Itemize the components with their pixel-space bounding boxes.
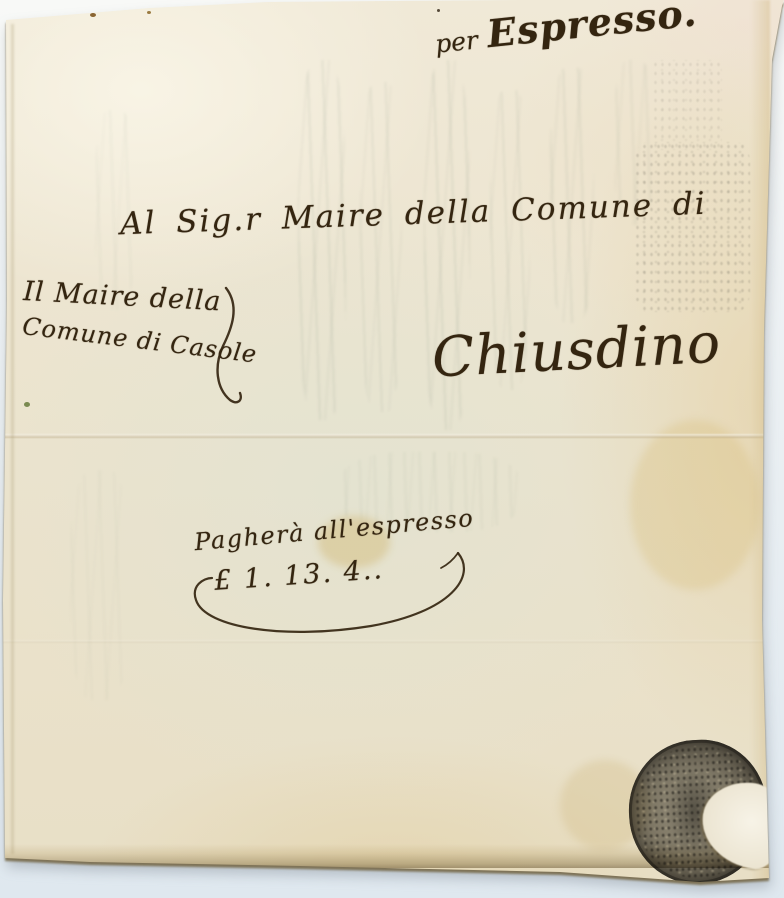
paper-stain — [630, 420, 760, 590]
ink-bleed-through — [298, 60, 346, 420]
letter-paper: perEspresso. Al Sig.r Maire della Comune… — [0, 0, 784, 898]
fold-crease — [11, 24, 14, 854]
sender-flourish — [196, 284, 252, 418]
destination-chiusdino: Chiusdino — [431, 314, 723, 387]
paper-edge-shading — [750, 0, 770, 880]
endorsement-prefix: per — [434, 25, 480, 58]
endorsement-word: Espresso. — [485, 0, 699, 56]
ink-bleed-through — [70, 470, 130, 700]
endorsement-per-espresso: perEspresso. — [433, 0, 699, 60]
paper-speck — [24, 402, 30, 407]
ink-smudge — [634, 142, 750, 312]
letter-paper-wrap: perEspresso. Al Sig.r Maire della Comune… — [0, 0, 784, 898]
paper-speck — [90, 13, 96, 17]
scanned-letter-background: perEspresso. Al Sig.r Maire della Comune… — [0, 0, 784, 898]
fold-crease — [0, 434, 784, 438]
paper-speck — [437, 9, 440, 12]
address-line: Al Sig.r Maire della Comune di — [120, 188, 708, 241]
ink-bleed-through — [360, 82, 402, 412]
paper-speck — [147, 11, 151, 14]
payment-oval-flourish — [175, 538, 485, 643]
ink-smudge — [652, 60, 722, 150]
